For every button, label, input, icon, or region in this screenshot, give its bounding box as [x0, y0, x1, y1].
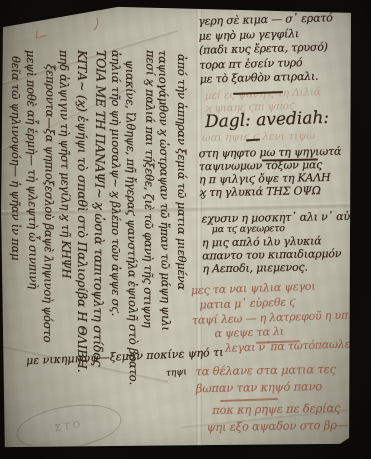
- red-verse-block-1: μες τα ναι ψιλια ψεγοι ματια μ᾽ εὑρεθε ϛ…: [191, 278, 362, 358]
- manuscript-line: μεψὶ ποθὲ αἧ ἑρμὴ— τὴ ψλεψτὴ ὦ σινπινὴ: [22, 50, 43, 397]
- manuscript-paper: ἀπό τὴν ἀπηραν ξεμιά τῶ ματια μιεθμένα τ…: [0, 0, 371, 459]
- manuscript-line: θεῖα τῶ ψηλινοψόη— ἡ ψῆαν ἰν παμ: [7, 56, 24, 397]
- red-ink-line: βωπαν ταν κηψό πανο: [196, 377, 348, 396]
- manuscript-line: ΤΟΙΑ ΜΕ ΤΗ ΠΑΝΑΨΙ~ ϗ ὡσιὰ ταπιτοψλτη στί…: [89, 50, 109, 397]
- faint-red-block-2: ωαι ηψιϛ ϛ λενι τιψω: [202, 130, 315, 144]
- verse-block-3: εχυσιν η μοσκητ᾽ αλι ν᾽ αὐτοῦ μα τϛ αγεω…: [201, 210, 369, 276]
- verse-block-1: γερη σὲ κιμα — σ᾽ ερατό με ψηὸ μω γεγφίλ…: [198, 11, 334, 87]
- verse-block-2: στη ψηφτο μω τη ψηγιωτά ταψινωμων τόξων …: [199, 145, 342, 199]
- stamp-text: ΣΤΟ: [54, 420, 84, 434]
- manuscript-photo: ἀπό τὴν ἀπηραν ξεμιά τῶ ματια μιεθμένα τ…: [0, 0, 371, 459]
- verse-line: ϗ τη γλυκιά ΤΗΣ ΟΨΩ: [199, 184, 342, 199]
- red-ink-line: ψηι εξο αψαδον στο βρ—: [206, 416, 348, 435]
- rotated-text-block: ἀπό τὴν ἀπηραν ξεμιά τῶ ματια μιεθμένα τ…: [6, 50, 190, 397]
- manuscript-line: ΚΙΤΑ~ (ϗ) ἐψήψι τὸ σπαθὶ στὸ Παλιορίβα Η…: [74, 50, 91, 397]
- manuscript-line: ἀπό τὴν ἀπηραν ξεμιά τῶ ματια μιεθμένα: [173, 54, 190, 397]
- red-ink-line: τα θέλανε στα ματια τες: [195, 361, 347, 380]
- red-ink-line: ποκ κη ρηψε πε δερίας: [212, 400, 348, 419]
- manuscript-line: τηψι: [166, 367, 188, 378]
- manuscript-line: ψιακίνε, ἴλθηψε, πῆ ἤγεραϛ ψανστήλα ἐψιο…: [122, 60, 143, 397]
